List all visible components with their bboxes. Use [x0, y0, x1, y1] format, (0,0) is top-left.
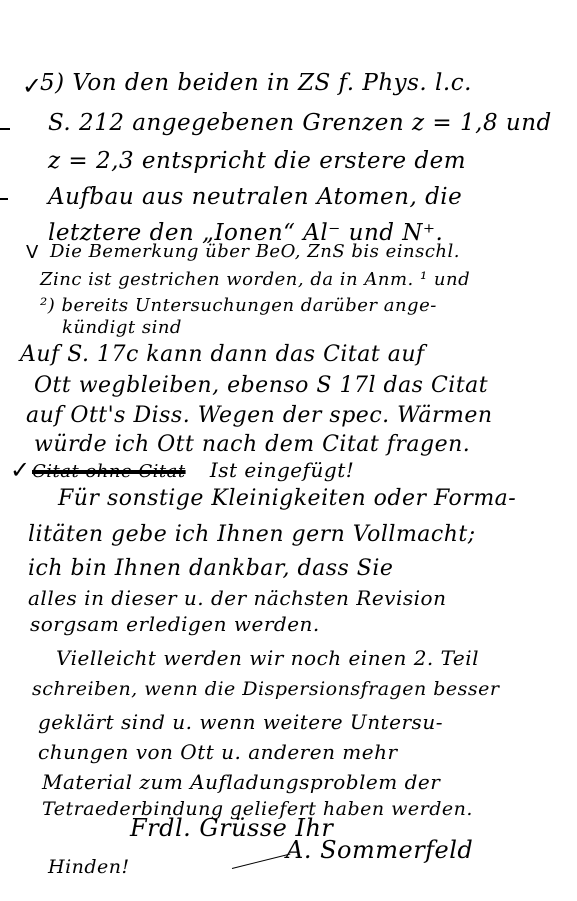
margin-mark — [0, 128, 10, 130]
letter-line: würde ich Ott nach dem Citat fragen. — [34, 434, 470, 456]
signature-flourish — [232, 853, 290, 868]
letter-line: kündigt sind — [62, 319, 182, 337]
letter-line: Ott wegbleiben, ebenso S 17l das Citat — [34, 375, 488, 397]
letter-line: z = 2,3 entspricht die erstere dem — [48, 150, 466, 173]
inserted-note: Ist eingefügt! — [210, 458, 354, 482]
letter-line: Zinc ist gestrichen worden, da in Anm. ¹… — [40, 271, 470, 289]
letter-line: sorgsam erledigen werden. — [30, 614, 320, 634]
check-mark-icon: V — [26, 244, 38, 262]
signature: A. Sommerfeld — [286, 838, 473, 862]
letter-line: auf Ott's Diss. Wegen der spec. Wärmen — [26, 405, 493, 427]
letter-line: Für sonstige Kleinigkeiten oder Forma- — [58, 488, 516, 510]
letter-line: Die Bemerkung über BeO, ZnS bis einschl. — [50, 243, 460, 261]
letter-line: S. 212 angegebenen Grenzen z = 1,8 und — [48, 112, 552, 135]
letter-line: Material zum Aufladungsproblem der — [42, 772, 440, 792]
letter-line: chungen von Ott u. anderen mehr — [38, 742, 398, 762]
letter-line: geklärt sind u. wenn weitere Untersu- — [38, 712, 443, 732]
letter-line: Auf S. 17c kann dann das Citat auf — [20, 344, 425, 366]
letter-line: ich bin Ihnen dankbar, dass Sie — [28, 558, 393, 580]
letter-line: ²) bereits Untersuchungen darüber ange- — [40, 297, 437, 315]
letter-line: litäten gebe ich Ihnen gern Vollmacht; — [28, 524, 476, 546]
letter-line: Vielleicht werden wir noch einen 2. Teil — [56, 648, 479, 668]
check-mark-icon: ✓ — [10, 458, 30, 482]
postscript: Hinden! — [48, 858, 130, 877]
letter-line: 5) Von den beiden in ZS f. Phys. l.c. — [40, 72, 472, 95]
letter-line: Aufbau aus neutralen Atomen, die — [48, 186, 462, 209]
letter-line: schreiben, wenn die Dispersionsfragen be… — [32, 680, 499, 699]
letter-line: Citat ohne Citat Ist eingefügt! — [32, 460, 354, 481]
struck-text: Citat ohne Citat — [32, 461, 186, 482]
margin-mark — [0, 198, 8, 200]
letter-line: alles in dieser u. der nächsten Revision — [28, 588, 446, 608]
